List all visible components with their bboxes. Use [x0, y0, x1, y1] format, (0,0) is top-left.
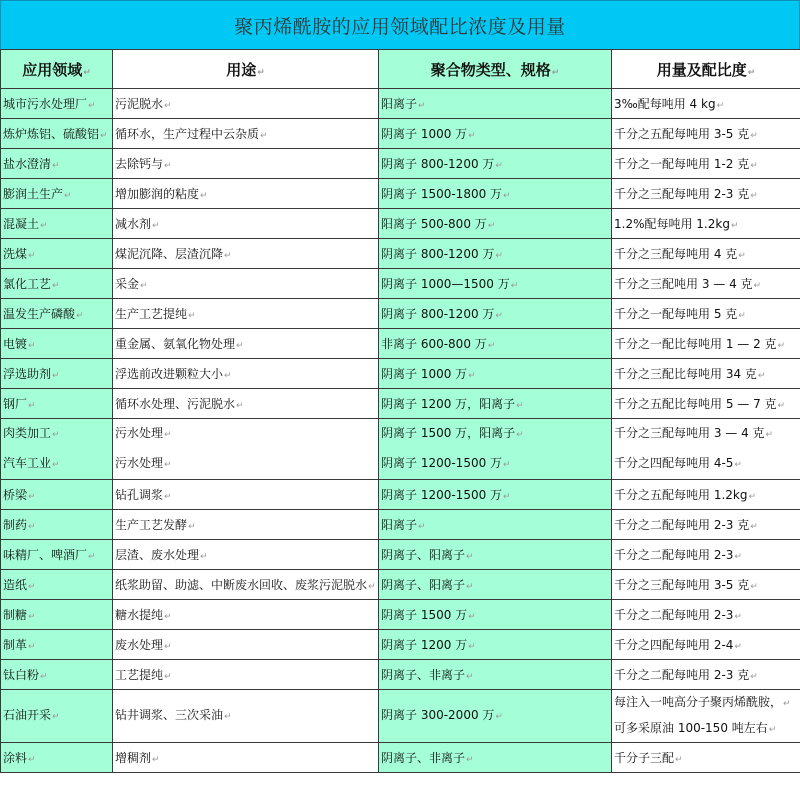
cell-use-text: 钻孔调浆 [115, 488, 163, 502]
cell-dosage-text: 千分之三配每吨用 3 — 4 克 [614, 426, 765, 440]
paragraph-mark-icon: ↵ [503, 460, 511, 470]
paragraph-mark-icon: ↵ [164, 492, 172, 502]
paragraph-mark-icon: ↵ [418, 101, 426, 111]
cell-type: 阴离子 1200 万，阳离子↵ [379, 389, 612, 419]
paragraph-mark-icon: ↵ [52, 161, 60, 171]
paragraph-mark-icon: ↵ [224, 712, 232, 722]
paragraph-mark-icon: ↵ [503, 492, 511, 502]
cell-type: 阴离子 1500 万，阳离子↵阴离子 1200-1500 万↵ [379, 419, 612, 480]
paragraph-mark-icon: ↵ [64, 191, 72, 201]
cell-field-text: 膨润土生产 [3, 187, 63, 201]
cell-use-text: 废水处理 [115, 638, 163, 652]
paragraph-mark-icon: ↵ [164, 161, 172, 171]
cell-dosage-text: 千分之三配每吨用 4 克 [614, 247, 737, 261]
cell-field: 混凝土↵ [1, 209, 113, 239]
cell-use: 采金↵ [113, 269, 379, 299]
cell-type: 阴离子 1000—1500 万↵ [379, 269, 612, 299]
cell-use-text: 工艺提纯 [115, 668, 163, 682]
cell-dosage-text: 千分之五配每吨用 3-5 克 [614, 127, 749, 141]
cell-use: 浮选前改进颗粒大小↵ [113, 359, 379, 389]
cell-type: 阳离子 500-800 万↵ [379, 209, 612, 239]
paragraph-mark-icon: ↵ [224, 371, 232, 381]
cell-use-text: 钻井调浆、三次采油 [115, 708, 223, 722]
cell-field-text: 制革 [3, 638, 27, 652]
paragraph-mark-icon: ↵ [738, 311, 746, 321]
cell-use: 循环水，生产过程中云杂质↵ [113, 119, 379, 149]
cell-dosage-text: 千分之三配比每吨用 34 克 [614, 367, 757, 381]
cell-dosage-text: 1.2%配每吨用 1.2kg [614, 217, 730, 231]
cell-type-text: 阴离子 800-1200 万 [381, 307, 494, 321]
cell-dosage-text: 千分之三配每吨用 2-3 克 [614, 187, 749, 201]
cell-type-text: 阴离子 1500 万，阳离子 [381, 426, 515, 440]
cell-use: 层渣、废水处理↵ [113, 540, 379, 570]
paragraph-mark-icon: ↵ [734, 612, 742, 622]
cell-use: 减水剂↵ [113, 209, 379, 239]
cell-dosage: 千分之三配吨用 3 — 4 克↵ [612, 269, 800, 299]
cell-field-text: 炼炉炼铝、硫酸铝 [3, 127, 99, 141]
cell-type-text: 阳离子 [381, 518, 417, 532]
cell-dosage-text: 3‰配每吨用 4 kg [614, 97, 716, 111]
cell-dosage-text: 千分之二配每吨用 2-3 [614, 608, 733, 622]
cell-field-text: 制糖 [3, 608, 27, 622]
cell-use-text: 污水处理 [115, 426, 163, 440]
paragraph-mark-icon: ↵ [164, 672, 172, 682]
cell-dosage: 3‰配每吨用 4 kg↵ [612, 89, 800, 119]
table-row: 桥梁↵钻孔调浆↵阴离子 1200-1500 万↵千分之五配每吨用 1.2kg↵ [1, 480, 800, 510]
paragraph-mark-icon: ↵ [40, 221, 48, 231]
cell-dosage: 千分之五配每吨用 3-5 克↵ [612, 119, 800, 149]
paragraph-mark-icon: ↵ [466, 552, 474, 562]
cell-type: 阴离子 1500 万↵ [379, 600, 612, 630]
cell-dosage: 千分之二配每吨用 2-3↵ [612, 600, 800, 630]
paragraph-mark-icon: ↵ [164, 101, 172, 111]
cell-use: 循环水处理、污泥脱水↵ [113, 389, 379, 419]
cell-dosage-text: 千分子三配 [614, 751, 674, 765]
paragraph-mark-icon: ↵ [52, 460, 60, 470]
cell-dosage: 1.2%配每吨用 1.2kg↵ [612, 209, 800, 239]
paragraph-mark-icon: ↵ [734, 460, 742, 470]
cell-type: 阴离子、非离子↵ [379, 743, 612, 773]
cell-use-text: 增稠剂 [115, 751, 151, 765]
table-row: 涂料↵增稠剂↵阴离子、非离子↵千分子三配↵ [1, 743, 800, 773]
cell-field-text: 钛白粉 [3, 668, 39, 682]
cell-type-text: 非离子 600-800 万 [381, 337, 487, 351]
paragraph-mark-icon: ↵ [734, 552, 742, 562]
paragraph-mark-icon: ↵ [28, 492, 36, 502]
cell-field: 石油开采↵ [1, 690, 113, 743]
cell-field: 制糖↵ [1, 600, 113, 630]
cell-type: 阴离子、阳离子↵ [379, 570, 612, 600]
cell-use: 污泥脱水↵ [113, 89, 379, 119]
cell-dosage-text: 千分之一配每吨用 1-2 克 [614, 157, 749, 171]
paragraph-mark-icon: ↵ [778, 401, 786, 411]
paragraph-mark-icon: ↵ [40, 672, 48, 682]
cell-dosage: 千分之二配每吨用 2-3 克↵ [612, 660, 800, 690]
cell-use-text: 层渣、废水处理 [115, 548, 199, 562]
cell-field: 制药↵ [1, 510, 113, 540]
cell-field-text: 肉类加工 [3, 426, 51, 440]
paragraph-mark-icon: ↵ [495, 311, 503, 321]
cell-type-text: 阴离子、阳离子 [381, 548, 465, 562]
cell-dosage: 千分之四配每吨用 2-4↵ [612, 630, 800, 660]
cell-field: 电镀↵ [1, 329, 113, 359]
paragraph-mark-icon: ↵ [236, 401, 244, 411]
cell-use-text: 糖水提纯 [115, 608, 163, 622]
cell-dosage: 千分之二配每吨用 2-3 克↵ [612, 510, 800, 540]
paragraph-mark-icon: ↵ [236, 341, 244, 351]
paragraph-mark-icon: ↵ [368, 582, 376, 592]
table-row: 制药↵生产工艺发酵↵阳离子↵千分之二配每吨用 2-3 克↵ [1, 510, 800, 540]
cell-use: 重金属、氨氧化物处理↵ [113, 329, 379, 359]
paragraph-mark-icon: ↵ [200, 191, 208, 201]
paragraph-mark-icon: ↵ [28, 522, 36, 532]
paragraph-mark-icon: ↵ [224, 251, 232, 261]
cell-field: 城市污水处理厂↵ [1, 89, 113, 119]
paragraph-mark-icon: ↵ [164, 430, 172, 440]
paragraph-mark-icon: ↵ [466, 672, 474, 682]
table-row: 炼炉炼铝、硫酸铝↵循环水，生产过程中云杂质↵阴离子 1000 万↵千分之五配每吨… [1, 119, 800, 149]
table-row: 肉类加工↵汽车工业↵污水处理↵污水处理↵阴离子 1500 万，阳离子↵阴离子 1… [1, 419, 800, 480]
paragraph-mark-icon: ↵ [188, 522, 196, 532]
table-row: 石油开采↵钻井调浆、三次采油↵阴离子 300-2000 万↵每注入一吨高分子聚丙… [1, 690, 800, 743]
cell-field-text: 味精厂、啤酒厂 [3, 548, 87, 562]
paragraph-mark-icon: ↵ [52, 281, 60, 291]
cell-dosage-text: 千分之三配每吨用 3-5 克 [614, 578, 749, 592]
paragraph-mark-icon: ↵ [503, 191, 511, 201]
paragraph-mark-icon: ↵ [738, 251, 746, 261]
paragraph-mark-icon: ↵ [488, 341, 496, 351]
cell-field-text: 电镀 [3, 337, 27, 351]
header-use: 用途↵ [113, 50, 379, 89]
table-title: 聚丙烯酰胺的应用领域配比浓度及用量 [0, 0, 800, 51]
cell-use: 纸浆助留、助滤、中断废水回收、废浆污泥脱水↵ [113, 570, 379, 600]
cell-type: 阴离子、非离子↵ [379, 660, 612, 690]
paragraph-mark-icon: ↵ [495, 161, 503, 171]
cell-field: 浮选助剂↵ [1, 359, 113, 389]
cell-use: 增加膨润的粘度↵ [113, 179, 379, 209]
cell-field: 制革↵ [1, 630, 113, 660]
cell-field-text: 石油开采 [3, 708, 51, 722]
paragraph-mark-icon: ↵ [468, 612, 476, 622]
cell-use-text: 重金属、氨氧化物处理 [115, 337, 235, 351]
cell-type-text: 阴离子 1000—1500 万 [381, 277, 510, 291]
cell-use: 煤泥沉降、层渣沉降↵ [113, 239, 379, 269]
cell-use-text: 循环水处理、污泥脱水 [115, 397, 235, 411]
cell-field-text: 涂料 [3, 751, 27, 765]
cell-use-text: 污泥脱水 [115, 97, 163, 111]
cell-field-text: 氯化工艺 [3, 277, 51, 291]
cell-dosage-text: 每注入一吨高分子聚丙烯酰胺， [614, 695, 782, 709]
cell-dosage: 千分之三配每吨用 4 克↵ [612, 239, 800, 269]
paragraph-mark-icon: ↵ [516, 401, 524, 411]
cell-use: 增稠剂↵ [113, 743, 379, 773]
cell-type-text: 阴离子、非离子 [381, 668, 465, 682]
cell-use-text: 采金 [115, 277, 139, 291]
cell-dosage: 千分之三配比每吨用 34 克↵ [612, 359, 800, 389]
table-row: 氯化工艺↵采金↵阴离子 1000—1500 万↵千分之三配吨用 3 — 4 克↵ [1, 269, 800, 299]
cell-field: 炼炉炼铝、硫酸铝↵ [1, 119, 113, 149]
cell-dosage: 千分之二配每吨用 2-3↵ [612, 540, 800, 570]
paragraph-mark-icon: ↵ [28, 341, 36, 351]
paragraph-mark-icon: ↵ [778, 341, 786, 351]
paragraph-mark-icon: ↵ [783, 699, 791, 709]
paragraph-mark-icon: ↵ [466, 582, 474, 592]
cell-dosage: 千分之一配每吨用 1-2 克↵ [612, 149, 800, 179]
paragraph-mark-icon: ↵ [28, 612, 36, 622]
table-row: 浮选助剂↵浮选前改进颗粒大小↵阴离子 1000 万↵千分之三配比每吨用 34 克… [1, 359, 800, 389]
cell-field-text: 盐水澄清 [3, 157, 51, 171]
cell-type: 非离子 600-800 万↵ [379, 329, 612, 359]
cell-type: 阳离子↵ [379, 89, 612, 119]
table-row: 膨润土生产↵增加膨润的粘度↵阴离子 1500-1800 万↵千分之三配每吨用 2… [1, 179, 800, 209]
cell-field-text: 造纸 [3, 578, 27, 592]
paragraph-mark-icon: ↵ [418, 522, 426, 532]
paragraph-mark-icon: ↵ [748, 492, 756, 502]
table-row: 电镀↵重金属、氨氧化物处理↵非离子 600-800 万↵千分之一配比每吨用 1 … [1, 329, 800, 359]
paragraph-mark-icon: ↵ [88, 552, 96, 562]
paragraph-mark-icon: ↵ [675, 755, 683, 765]
cell-field: 氯化工艺↵ [1, 269, 113, 299]
table-row: 钢厂↵循环水处理、污泥脱水↵阴离子 1200 万，阳离子↵千分之五配比每吨用 5… [1, 389, 800, 419]
cell-field: 肉类加工↵汽车工业↵ [1, 419, 113, 480]
cell-type-text: 阳离子 500-800 万 [381, 217, 487, 231]
paragraph-mark-icon: ↵ [468, 371, 476, 381]
cell-dosage-text: 可多采原油 100-150 吨左右 [614, 721, 768, 735]
paragraph-mark-icon: ↵ [495, 712, 503, 722]
paragraph-mark-icon: ↵ [164, 642, 172, 652]
cell-type: 阳离子↵ [379, 510, 612, 540]
cell-dosage: 千分之五配每吨用 1.2kg↵ [612, 480, 800, 510]
paragraph-mark-icon: ↵ [28, 642, 36, 652]
paragraph-mark-icon: ↵ [28, 401, 36, 411]
table-row: 城市污水处理厂↵污泥脱水↵阳离子↵3‰配每吨用 4 kg↵ [1, 89, 800, 119]
table-row: 制革↵废水处理↵阴离子 1200 万↵千分之四配每吨用 2-4↵ [1, 630, 800, 660]
cell-use-text: 煤泥沉降、层渣沉降 [115, 247, 223, 261]
cell-type-text: 阳离子 [381, 97, 417, 111]
paragraph-mark-icon: ↵ [734, 642, 742, 652]
cell-type-text: 阴离子 1200 万，阳离子 [381, 397, 515, 411]
cell-use: 糖水提纯↵ [113, 600, 379, 630]
paragraph-mark-icon: ↵ [257, 68, 265, 78]
cell-field: 造纸↵ [1, 570, 113, 600]
header-field: 应用领域↵ [1, 50, 113, 89]
paragraph-mark-icon: ↵ [52, 430, 60, 440]
cell-use-text: 浮选前改进颗粒大小 [115, 367, 223, 381]
cell-dosage-text: 千分之三配吨用 3 — 4 克 [614, 277, 753, 291]
cell-type: 阴离子 1200-1500 万↵ [379, 480, 612, 510]
paragraph-mark-icon: ↵ [466, 755, 474, 765]
cell-use-text: 去除钙与 [115, 157, 163, 171]
cell-field: 涂料↵ [1, 743, 113, 773]
cell-field-text: 钢厂 [3, 397, 27, 411]
paragraph-mark-icon: ↵ [83, 68, 91, 78]
cell-dosage-text: 千分之二配每吨用 2-3 [614, 548, 733, 562]
cell-use: 污水处理↵污水处理↵ [113, 419, 379, 480]
cell-dosage-text: 千分之二配每吨用 2-3 克 [614, 518, 749, 532]
table-row: 混凝土↵减水剂↵阳离子 500-800 万↵1.2%配每吨用 1.2kg↵ [1, 209, 800, 239]
cell-dosage-text: 千分之一配每吨用 5 克 [614, 307, 737, 321]
paragraph-mark-icon: ↵ [750, 161, 758, 171]
paragraph-mark-icon: ↵ [750, 131, 758, 141]
cell-use-text: 减水剂 [115, 217, 151, 231]
paragraph-mark-icon: ↵ [495, 251, 503, 261]
table-row: 钛白粉↵工艺提纯↵阴离子、非离子↵千分之二配每吨用 2-3 克↵ [1, 660, 800, 690]
cell-type-text: 阴离子 1200 万 [381, 638, 467, 652]
cell-type-text: 阴离子、非离子 [381, 751, 465, 765]
paragraph-mark-icon: ↵ [188, 311, 196, 321]
cell-type-text: 阴离子 1000 万 [381, 127, 467, 141]
paragraph-mark-icon: ↵ [152, 221, 160, 231]
cell-dosage: 千分子三配↵ [612, 743, 800, 773]
cell-dosage: 每注入一吨高分子聚丙烯酰胺，↵可多采原油 100-150 吨左右↵ [612, 690, 800, 743]
paragraph-mark-icon: ↵ [100, 131, 108, 141]
paragraph-mark-icon: ↵ [750, 672, 758, 682]
cell-dosage: 千分之五配比每吨用 5 — 7 克↵ [612, 389, 800, 419]
paragraph-mark-icon: ↵ [731, 221, 739, 231]
paragraph-mark-icon: ↵ [511, 281, 519, 291]
cell-dosage-text: 千分之二配每吨用 2-3 克 [614, 668, 749, 682]
paragraph-mark-icon: ↵ [52, 712, 60, 722]
cell-use-text: 循环水，生产过程中云杂质 [115, 127, 259, 141]
cell-type-text: 阴离子 1000 万 [381, 367, 467, 381]
cell-type: 阴离子 1200 万↵ [379, 630, 612, 660]
table-row: 味精厂、啤酒厂↵层渣、废水处理↵阴离子、阳离子↵千分之二配每吨用 2-3↵ [1, 540, 800, 570]
cell-field: 盐水澄清↵ [1, 149, 113, 179]
cell-type-text: 阴离子 1500-1800 万 [381, 187, 502, 201]
cell-field-text: 城市污水处理厂 [3, 97, 87, 111]
paragraph-mark-icon: ↵ [28, 582, 36, 592]
cell-use: 废水处理↵ [113, 630, 379, 660]
cell-type-text: 阴离子 800-1200 万 [381, 157, 494, 171]
paragraph-mark-icon: ↵ [164, 612, 172, 622]
cell-type-text: 阴离子 800-1200 万 [381, 247, 494, 261]
cell-field: 温发生产磷酸↵ [1, 299, 113, 329]
table-row: 洗煤↵煤泥沉降、层渣沉降↵阴离子 800-1200 万↵千分之三配每吨用 4 克… [1, 239, 800, 269]
header-dosage: 用量及配比度↵ [612, 50, 800, 89]
paragraph-mark-icon: ↵ [748, 68, 756, 78]
cell-use-text: 生产工艺提纯 [115, 307, 187, 321]
cell-field: 膨润土生产↵ [1, 179, 113, 209]
cell-field: 味精厂、啤酒厂↵ [1, 540, 113, 570]
cell-field-text: 制药 [3, 518, 27, 532]
paragraph-mark-icon: ↵ [28, 755, 36, 765]
paragraph-mark-icon: ↵ [152, 755, 160, 765]
cell-type: 阴离子 300-2000 万↵ [379, 690, 612, 743]
paragraph-mark-icon: ↵ [200, 552, 208, 562]
table-row: 盐水澄清↵去除钙与↵阴离子 800-1200 万↵千分之一配每吨用 1-2 克↵ [1, 149, 800, 179]
header-row: 应用领域↵ 用途↵ 聚合物类型、规格↵ 用量及配比度↵ [1, 50, 800, 89]
cell-field-text: 汽车工业 [3, 456, 51, 470]
cell-dosage: 千分之一配比每吨用 1 — 2 克↵ [612, 329, 800, 359]
paragraph-mark-icon: ↵ [516, 430, 524, 440]
cell-type-text: 阴离子、阳离子 [381, 578, 465, 592]
cell-dosage: 千分之三配每吨用 3-5 克↵ [612, 570, 800, 600]
cell-use-text: 纸浆助留、助滤、中断废水回收、废浆污泥脱水 [115, 578, 367, 592]
cell-use-text: 污水处理 [115, 456, 163, 470]
cell-type-text: 阴离子 1200-1500 万 [381, 488, 502, 502]
application-table: 应用领域↵ 用途↵ 聚合物类型、规格↵ 用量及配比度↵ 城市污水处理厂↵污泥脱水… [0, 49, 800, 773]
paragraph-mark-icon: ↵ [468, 131, 476, 141]
paragraph-mark-icon: ↵ [140, 281, 148, 291]
cell-dosage: 千分之一配每吨用 5 克↵ [612, 299, 800, 329]
cell-use: 钻孔调浆↵ [113, 480, 379, 510]
paragraph-mark-icon: ↵ [717, 101, 725, 111]
paragraph-mark-icon: ↵ [88, 101, 96, 111]
cell-dosage-text: 千分之五配每吨用 1.2kg [614, 488, 747, 502]
cell-dosage: 千分之三配每吨用 3 — 4 克↵千分之四配每吨用 4-5↵ [612, 419, 800, 480]
cell-type-text: 阴离子 1200-1500 万 [381, 456, 502, 470]
cell-use-text: 生产工艺发酵 [115, 518, 187, 532]
header-type: 聚合物类型、规格↵ [379, 50, 612, 89]
cell-field: 洗煤↵ [1, 239, 113, 269]
paragraph-mark-icon: ↵ [260, 131, 268, 141]
cell-use: 去除钙与↵ [113, 149, 379, 179]
cell-type: 阴离子 1000 万↵ [379, 119, 612, 149]
paragraph-mark-icon: ↵ [52, 371, 60, 381]
paragraph-mark-icon: ↵ [750, 522, 758, 532]
cell-field-text: 桥梁 [3, 488, 27, 502]
cell-dosage-text: 千分之五配比每吨用 5 — 7 克 [614, 397, 777, 411]
cell-dosage-text: 千分之四配每吨用 4-5 [614, 456, 733, 470]
cell-field: 钢厂↵ [1, 389, 113, 419]
cell-type: 阴离子 800-1200 万↵ [379, 299, 612, 329]
cell-dosage: 千分之三配每吨用 2-3 克↵ [612, 179, 800, 209]
cell-type: 阴离子 1000 万↵ [379, 359, 612, 389]
paragraph-mark-icon: ↵ [750, 191, 758, 201]
cell-type-text: 阴离子 1500 万 [381, 608, 467, 622]
cell-type: 阴离子、阳离子↵ [379, 540, 612, 570]
paragraph-mark-icon: ↵ [76, 311, 84, 321]
cell-use: 钻井调浆、三次采油↵ [113, 690, 379, 743]
paragraph-mark-icon: ↵ [164, 460, 172, 470]
paragraph-mark-icon: ↵ [750, 582, 758, 592]
cell-field: 桥梁↵ [1, 480, 113, 510]
paragraph-mark-icon: ↵ [769, 725, 777, 735]
cell-field-text: 混凝土 [3, 217, 39, 231]
cell-field: 钛白粉↵ [1, 660, 113, 690]
paragraph-mark-icon: ↵ [754, 281, 762, 291]
cell-use: 生产工艺发酵↵ [113, 510, 379, 540]
table-row: 造纸↵纸浆助留、助滤、中断废水回收、废浆污泥脱水↵阴离子、阳离子↵千分之三配每吨… [1, 570, 800, 600]
cell-use: 工艺提纯↵ [113, 660, 379, 690]
cell-type-text: 阴离子 300-2000 万 [381, 708, 494, 722]
paragraph-mark-icon: ↵ [766, 430, 774, 440]
paragraph-mark-icon: ↵ [468, 642, 476, 652]
paragraph-mark-icon: ↵ [758, 371, 766, 381]
cell-use-text: 增加膨润的粘度 [115, 187, 199, 201]
cell-type: 阴离子 800-1200 万↵ [379, 149, 612, 179]
cell-type: 阴离子 800-1200 万↵ [379, 239, 612, 269]
cell-type: 阴离子 1500-1800 万↵ [379, 179, 612, 209]
cell-field-text: 洗煤 [3, 247, 27, 261]
paragraph-mark-icon: ↵ [552, 68, 560, 78]
cell-dosage-text: 千分之四配每吨用 2-4 [614, 638, 733, 652]
table-row: 温发生产磷酸↵生产工艺提纯↵阴离子 800-1200 万↵千分之一配每吨用 5 … [1, 299, 800, 329]
cell-field-text: 温发生产磷酸 [3, 307, 75, 321]
cell-dosage-text: 千分之一配比每吨用 1 — 2 克 [614, 337, 777, 351]
paragraph-mark-icon: ↵ [488, 221, 496, 231]
table-row: 制糖↵糖水提纯↵阴离子 1500 万↵千分之二配每吨用 2-3↵ [1, 600, 800, 630]
cell-use: 生产工艺提纯↵ [113, 299, 379, 329]
cell-field-text: 浮选助剂 [3, 367, 51, 381]
paragraph-mark-icon: ↵ [28, 251, 36, 261]
